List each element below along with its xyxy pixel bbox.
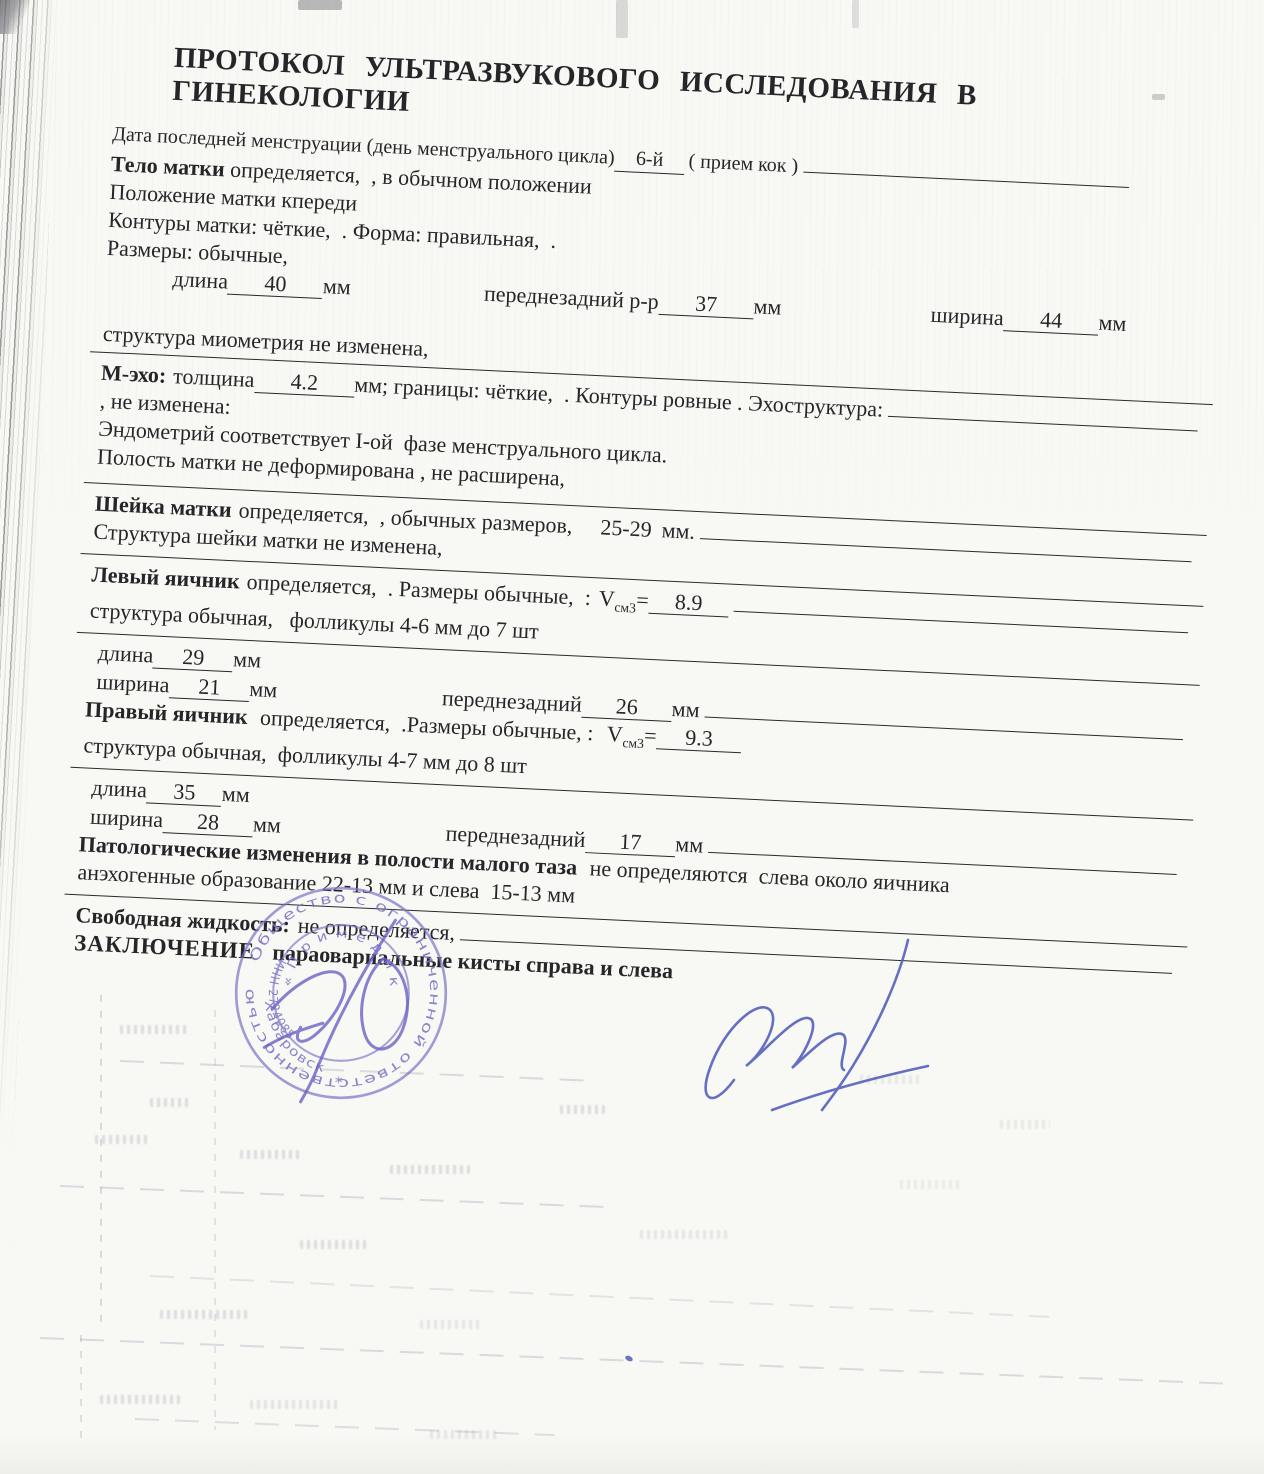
- left-ovary-length-value: 29: [153, 644, 234, 673]
- right-ovary-length-value: 35: [146, 779, 222, 808]
- bleed-smudge: [120, 1025, 190, 1034]
- corner-scan-mark: [0, 0, 30, 34]
- right-ovary-width-value: 28: [163, 808, 254, 837]
- signature-stroke: [301, 920, 396, 1102]
- spacer: [277, 697, 442, 705]
- bleed-line: [60, 1185, 620, 1208]
- scan-smudge: [852, 0, 859, 28]
- spacer: [281, 833, 446, 841]
- left-ovary-width-label: ширина: [96, 668, 170, 699]
- bleed-smudge: [390, 1165, 470, 1174]
- right-ovary-label: Правый яичник: [85, 696, 249, 729]
- signature-stroke: [822, 940, 908, 1110]
- bleed-smudge: [95, 1135, 150, 1144]
- unit-mm: мм.: [661, 516, 696, 546]
- v-letter: V: [606, 721, 623, 747]
- unit-mm: мм: [252, 811, 281, 840]
- unit-mm: мм: [233, 646, 262, 672]
- cervix-size-value: 25-29: [600, 513, 653, 543]
- left-ovary-volume-prefix: Vсм3=: [598, 584, 649, 623]
- bleed-grid-line: [80, 1335, 82, 1445]
- bleed-smudge: [250, 1400, 340, 1409]
- unit-mm: мм: [753, 293, 782, 319]
- uterus-width-value: 44: [1003, 306, 1099, 335]
- left-ovary-width-value: 21: [169, 673, 250, 702]
- bleed-smudge: [100, 1395, 180, 1404]
- scan-smudge: [616, 0, 628, 38]
- doctor-signature: [676, 932, 950, 1136]
- unit-mm: мм: [322, 273, 351, 299]
- bleed-smudge: [160, 1310, 250, 1319]
- left-ovary-volume-value: 8.9: [648, 588, 729, 617]
- uterus-length-value: 40: [227, 270, 323, 299]
- last-menstruation-note: ( прием кок ): [688, 148, 799, 179]
- m-echo-thickness-value: 4.2: [254, 368, 355, 398]
- bleed-smudge: [430, 1430, 500, 1439]
- right-ovary-ap-value: 17: [585, 828, 676, 857]
- unit-mm: мм: [249, 675, 278, 704]
- uterus-width-label: ширина: [930, 302, 1004, 330]
- m-echo-thickness-label: толщина: [173, 362, 255, 394]
- right-ovary-length-label: длина: [91, 775, 148, 803]
- bleed-smudge: [150, 1098, 190, 1107]
- bleed-smudge: [240, 1150, 300, 1159]
- left-ovary-label: Левый яичник: [91, 560, 240, 595]
- signature-loop: [362, 959, 408, 1049]
- scan-bottom-shade: [0, 1432, 1264, 1474]
- last-menstruation-value: 6-й: [614, 145, 685, 175]
- uterus-body-label: Тело матки: [110, 151, 225, 181]
- bleed-grid-line: [100, 995, 102, 1325]
- scanned-document-page: { "doc": { "title": "ПРОТОКОЛ УЛЬТРАЗВУК…: [0, 0, 1264, 1474]
- v-letter: V: [598, 585, 615, 611]
- bleed-line: [135, 1418, 555, 1436]
- right-ovary-volume-prefix: Vсм3=: [606, 721, 657, 748]
- bleed-line: [150, 1275, 1049, 1318]
- ink-dot: [624, 1355, 633, 1363]
- v-subscript: см3: [622, 735, 644, 751]
- bleed-smudge: [640, 1230, 730, 1239]
- unit-mm: мм: [221, 781, 250, 807]
- right-ovary-width-label: ширина: [90, 803, 164, 834]
- bleed-smudge: [1000, 1120, 1050, 1129]
- right-ovary-volume-value: 9.3: [656, 724, 742, 753]
- scan-smudge: [298, 0, 342, 10]
- ultrasound-protocol-document: ПРОТОКОЛ УЛЬТРАЗВУКОВОГО ИССЛЕДОВАНИЯ В …: [50, 14, 1215, 1009]
- unit-mm: мм: [1098, 310, 1127, 336]
- bleed-line: [40, 1337, 1239, 1385]
- blank-line: [803, 153, 1130, 188]
- uterus-ap-value: 37: [658, 290, 754, 319]
- bleed-smudge: [900, 1180, 960, 1189]
- unit-mm: мм: [671, 695, 700, 724]
- blank-line: [733, 590, 1189, 633]
- left-ovary-ap-value: 26: [581, 693, 672, 722]
- bleed-smudge: [560, 1105, 605, 1114]
- stamp-signature-mark: [244, 888, 456, 1120]
- uterus-length-label: длина: [172, 266, 229, 294]
- left-ovary-length-label: длина: [97, 640, 154, 668]
- bleed-smudge: [420, 1320, 480, 1329]
- m-echo-label: М-эхо:: [100, 359, 166, 390]
- signature-stroke: [706, 1007, 846, 1098]
- bleed-grid-line: [214, 1010, 216, 1430]
- page-edge-scan-streaks: [0, 0, 58, 1246]
- unit-mm: мм: [675, 831, 704, 860]
- v-subscript: см3: [614, 599, 636, 615]
- bleed-smudge: [300, 1240, 370, 1249]
